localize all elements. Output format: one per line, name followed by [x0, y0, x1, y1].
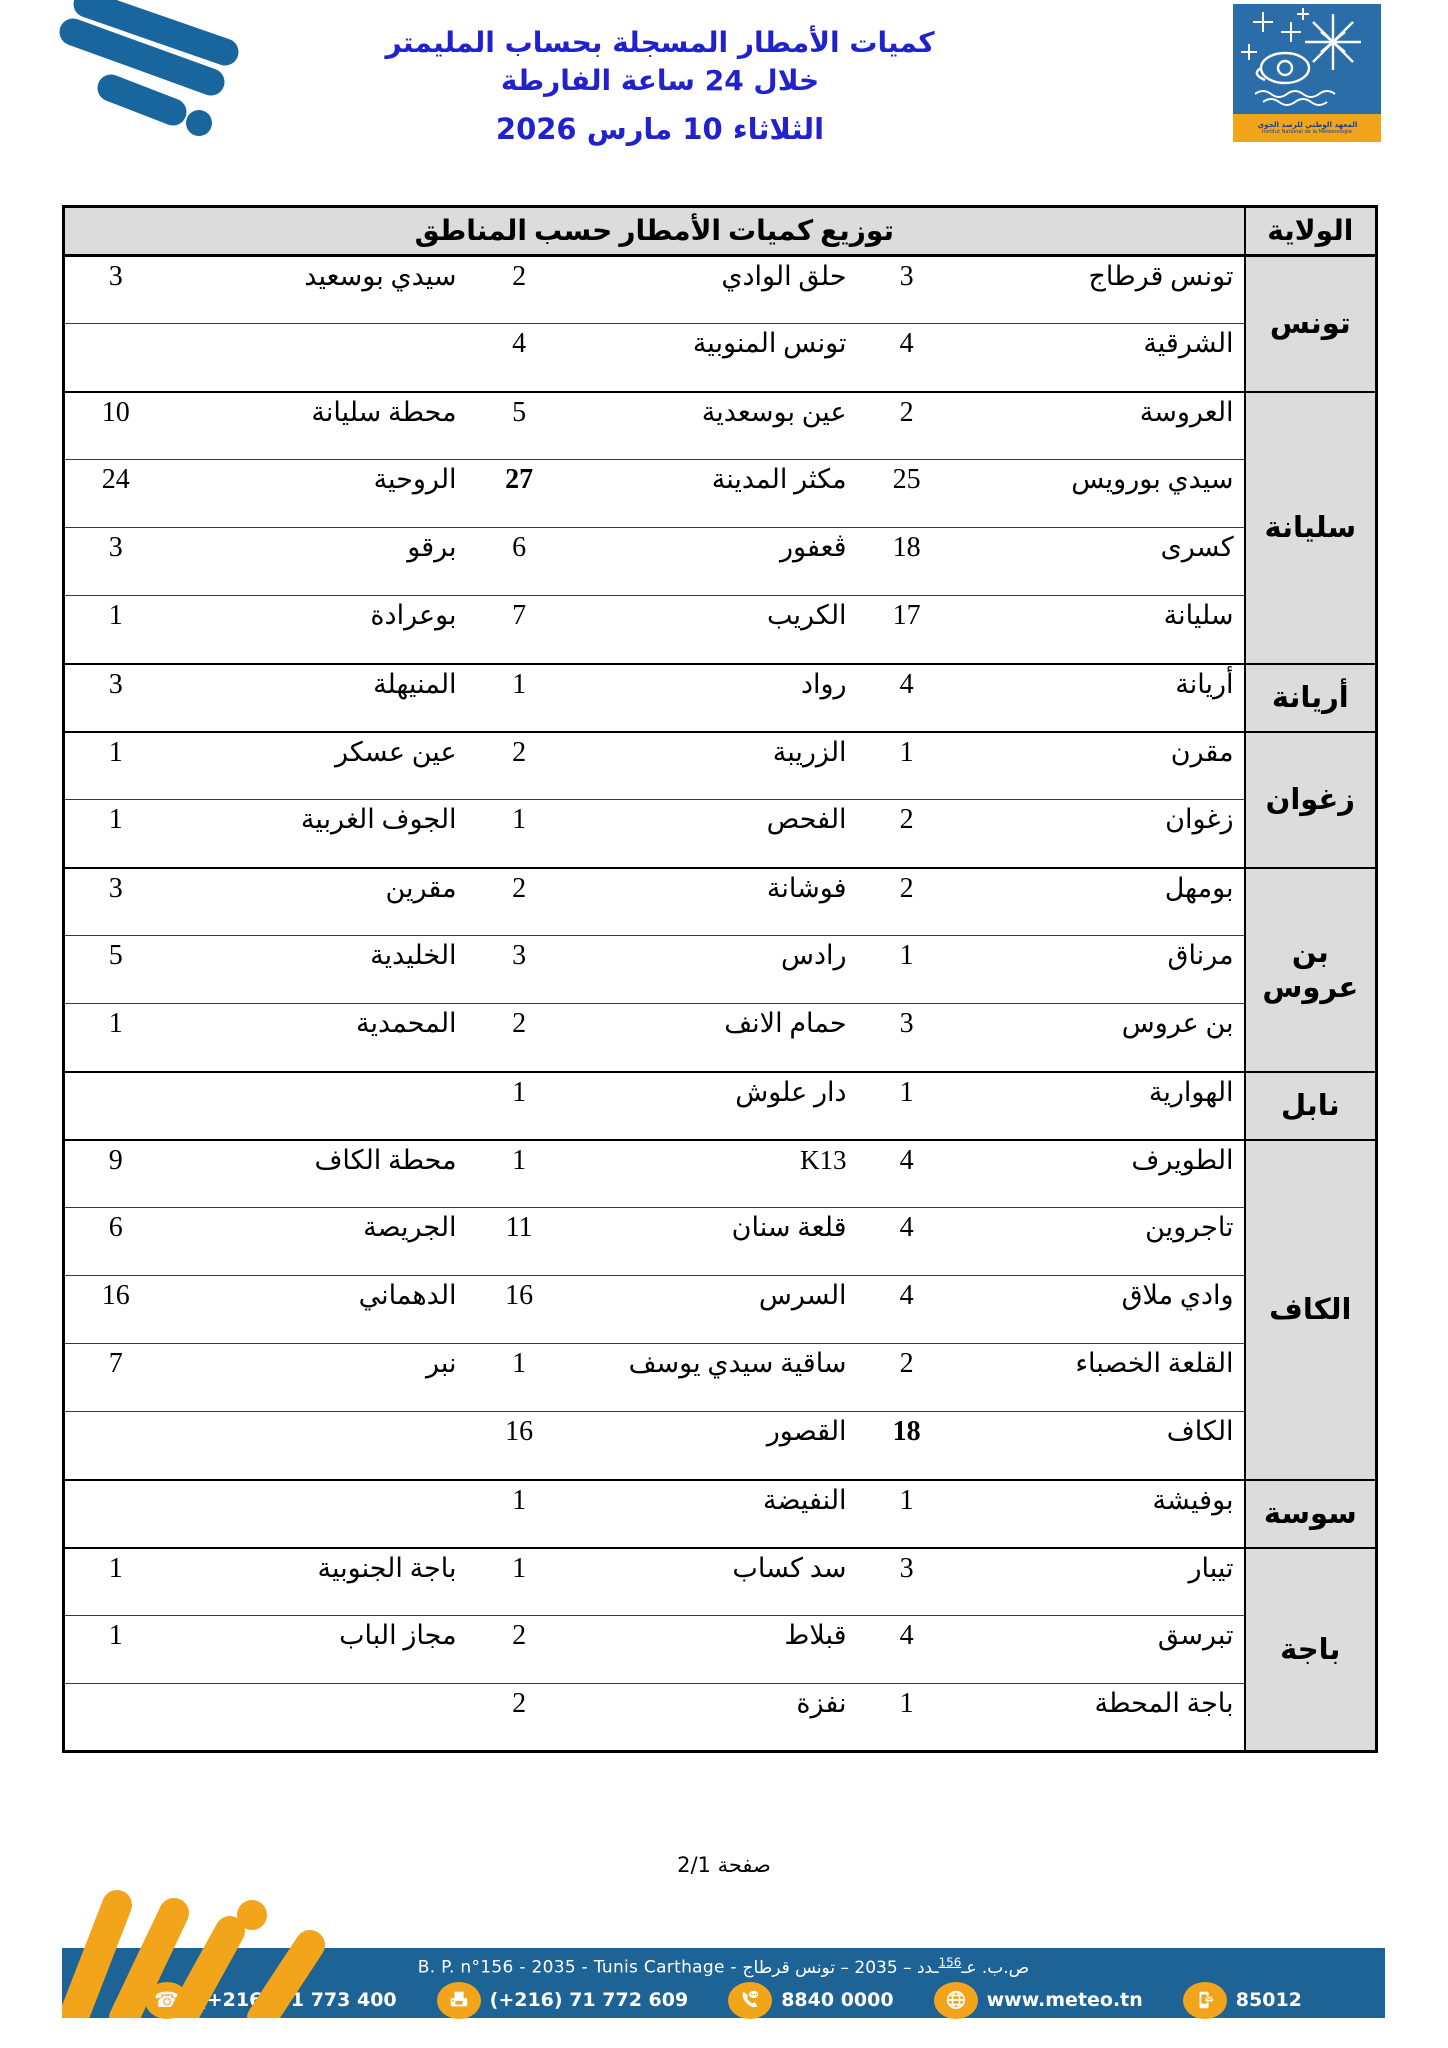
- contact-label: 8840 0000: [781, 1989, 893, 2011]
- table-row: القلعة الخصباء2ساقية سيدي يوسف1نبر7: [64, 1344, 1377, 1412]
- rainfall-value: 2: [467, 1684, 572, 1752]
- station-name: الطويرف: [957, 1140, 1245, 1208]
- station-name: الكريب: [572, 596, 857, 664]
- station-name: الهوارية: [957, 1072, 1245, 1140]
- inm-emblem: المعهد الوطني للرصد الجوي Institut Natio…: [1233, 4, 1381, 142]
- title-line-2: خلال 24 ساعة الفارطة: [360, 62, 960, 100]
- rainfall-value: 25: [857, 460, 957, 528]
- sun-star-icon: [1305, 14, 1361, 70]
- rainfall-value: 4: [857, 1208, 957, 1276]
- station-name: الدهماني: [167, 1276, 467, 1344]
- rainfall-value: 1: [467, 1344, 572, 1412]
- rainfall-value: 9: [64, 1140, 167, 1208]
- phone-icon: ☎: [154, 1990, 180, 2011]
- table-header-row: الولاية توزيع كميات الأمطار حسب المناطق: [64, 207, 1377, 256]
- rainfall-value: 1: [467, 800, 572, 868]
- report-title: كميات الأمطار المسجلة بحساب المليمتر خلا…: [360, 24, 960, 100]
- station-name: عين عسكر: [167, 732, 467, 800]
- station-name: الجوف الغربية: [167, 800, 467, 868]
- table-row: سليانة17الكريب7بوعرادة1: [64, 596, 1377, 664]
- station-name: أريانة: [957, 664, 1245, 732]
- station-name: قبلاط: [572, 1616, 857, 1684]
- rainfall-value: [64, 1480, 167, 1548]
- rainfall-value: 6: [64, 1208, 167, 1276]
- rainfall-value: 2: [857, 868, 957, 936]
- station-name: تيبار: [957, 1548, 1245, 1616]
- rainfall-value: 1: [857, 1684, 957, 1752]
- contact-label: www.meteo.tn: [987, 1989, 1143, 2011]
- rainfall-value: 1: [64, 800, 167, 868]
- report-date: الثلاثاء 10 مارس 2026: [360, 112, 960, 146]
- logo-dot-icon: [186, 110, 212, 136]
- table-row: سيدي بورويس25مكثر المدينة27الروحية24: [64, 460, 1377, 528]
- contact-item-sms: 85012: [1183, 1982, 1302, 2019]
- po-box-number: 156: [938, 1955, 961, 1969]
- station-name: السرس: [572, 1276, 857, 1344]
- rainfall-value: 3: [467, 936, 572, 1004]
- rainfall-value: 2: [467, 1004, 572, 1072]
- station-name: العروسة: [957, 392, 1245, 460]
- rainfall-value: 1: [467, 1140, 572, 1208]
- table-row: زغوان2الفحص1الجوف الغربية1: [64, 800, 1377, 868]
- station-name: القلعة الخصباء: [957, 1344, 1245, 1412]
- station-name: وادي ملاق: [957, 1276, 1245, 1344]
- station-name: باجة الجنوبية: [167, 1548, 467, 1616]
- table-row: الشرقية4تونس المنوبية4: [64, 324, 1377, 392]
- rainfall-value: [64, 1412, 167, 1480]
- rainfall-value: 1: [64, 1548, 167, 1616]
- station-name: [167, 324, 467, 392]
- rainfall-value: 5: [64, 936, 167, 1004]
- station-name: [167, 1072, 467, 1140]
- table-row: تاجروين4قلعة سنان11الجريصة6: [64, 1208, 1377, 1276]
- rainfall-value: 3: [64, 528, 167, 596]
- rainfall-value: 18: [857, 1412, 957, 1480]
- station-name: ساقية سيدي يوسف: [572, 1344, 857, 1412]
- station-name: سيدي بورويس: [957, 460, 1245, 528]
- rainfall-value: 3: [857, 1548, 957, 1616]
- station-name: سيدي بوسعيد: [167, 256, 467, 324]
- rainfall-value: 1: [467, 1548, 572, 1616]
- rainfall-value: 1: [64, 732, 167, 800]
- contact-label: (+216) 71 772 609: [490, 1989, 689, 2011]
- station-name: رواد: [572, 664, 857, 732]
- station-name: قلعة سنان: [572, 1208, 857, 1276]
- rainfall-value: 2: [467, 256, 572, 324]
- regions-header: توزيع كميات الأمطار حسب المناطق: [64, 207, 1245, 256]
- station-name: باجة المحطة: [957, 1684, 1245, 1752]
- contact-label: (+216) 71 773 400: [198, 1989, 397, 2011]
- rainfall-value: 16: [64, 1276, 167, 1344]
- station-name: المنيهلة: [167, 664, 467, 732]
- station-name: حلق الوادي: [572, 256, 857, 324]
- contact-row: ☎(+216) 71 773 400(+216) 71 772 6098840 …: [62, 1982, 1385, 2019]
- station-name: مقرن: [957, 732, 1245, 800]
- rainfall-value: 7: [64, 1344, 167, 1412]
- table-row: الكافالطويرف4K131محطة الكاف9: [64, 1140, 1377, 1208]
- station-name: بومهل: [957, 868, 1245, 936]
- station-name: نبر: [167, 1344, 467, 1412]
- rainfall-value: 2: [857, 1344, 957, 1412]
- globe-icon: [945, 1989, 967, 2011]
- call-icon-bubble: [728, 1982, 772, 2019]
- rainfall-value: 10: [64, 392, 167, 460]
- station-name: K13: [572, 1140, 857, 1208]
- governorate-cell: باجة: [1245, 1548, 1377, 1752]
- station-name: النفيضة: [572, 1480, 857, 1548]
- station-name: تبرسق: [957, 1616, 1245, 1684]
- station-name: محطة الكاف: [167, 1140, 467, 1208]
- rainfall-value: 18: [857, 528, 957, 596]
- contact-item-globe: www.meteo.tn: [934, 1982, 1143, 2019]
- rainfall-value: 1: [64, 596, 167, 664]
- station-name: المحمدية: [167, 1004, 467, 1072]
- station-name: الروحية: [167, 460, 467, 528]
- rainfall-value: 4: [857, 324, 957, 392]
- rainfall-value: 24: [64, 460, 167, 528]
- station-name: تونس المنوبية: [572, 324, 857, 392]
- station-name: بوعرادة: [167, 596, 467, 664]
- governorate-cell: الكاف: [1245, 1140, 1377, 1480]
- table-row: كسرى18ڨعفور6برقو3: [64, 528, 1377, 596]
- rainfall-value: 1: [64, 1616, 167, 1684]
- rainfall-value: 4: [857, 1276, 957, 1344]
- station-name: سليانة: [957, 596, 1245, 664]
- phone-icon-bubble: ☎: [145, 1982, 189, 2019]
- rainfall-value: [64, 1072, 167, 1140]
- fax-icon: [448, 1989, 470, 2011]
- inm-caption-french: Institut National de la Météorologie: [1262, 130, 1352, 135]
- rainfall-value: 11: [467, 1208, 572, 1276]
- station-name: الفحص: [572, 800, 857, 868]
- call-center-icon: [739, 1989, 761, 2011]
- governorate-cell: أريانة: [1245, 664, 1377, 732]
- table-row: باجة المحطة1نفزة2: [64, 1684, 1377, 1752]
- decor-dot-icon: [237, 1900, 267, 1930]
- station-name: الجريصة: [167, 1208, 467, 1276]
- table-row: سوسةبوفيشة1النفيضة1: [64, 1480, 1377, 1548]
- table-row: مرناق1رادس3الخليدية5: [64, 936, 1377, 1004]
- contact-label: 85012: [1236, 1989, 1302, 2011]
- address-line: B. P. n°156 - 2035 - Tunis Carthage - ص.…: [62, 1948, 1385, 1978]
- station-name: كسرى: [957, 528, 1245, 596]
- inm-diagonal-logo: [55, 0, 325, 140]
- table-row: الكاف18القصور16: [64, 1412, 1377, 1480]
- rainfall-value: 1: [857, 1072, 957, 1140]
- rainfall-value: 1: [857, 732, 957, 800]
- rainfall-value: 2: [857, 800, 957, 868]
- rainfall-table: الولاية توزيع كميات الأمطار حسب المناطق …: [62, 205, 1378, 1753]
- rainfall-table-body: تونستونس قرطاج3حلق الوادي2سيدي بوسعيد3ال…: [64, 256, 1377, 1752]
- rainfall-value: 2: [857, 392, 957, 460]
- station-name: دار علوش: [572, 1072, 857, 1140]
- station-name: الزريبة: [572, 732, 857, 800]
- fax-icon-bubble: [437, 1982, 481, 2019]
- station-name: فوشانة: [572, 868, 857, 936]
- rainfall-value: 4: [857, 1616, 957, 1684]
- inm-caption-strip: المعهد الوطني للرصد الجوي Institut Natio…: [1233, 114, 1381, 142]
- contact-item-call: 8840 0000: [728, 1982, 893, 2019]
- station-name: حمام الانف: [572, 1004, 857, 1072]
- table-row: بن عروس3حمام الانف2المحمدية1: [64, 1004, 1377, 1072]
- rainfall-value: 6: [467, 528, 572, 596]
- station-name: زغوان: [957, 800, 1245, 868]
- rainfall-value: 5: [467, 392, 572, 460]
- station-name: الشرقية: [957, 324, 1245, 392]
- rainfall-value: 2: [467, 868, 572, 936]
- rainfall-value: 16: [467, 1276, 572, 1344]
- station-name: مجاز الباب: [167, 1616, 467, 1684]
- rainfall-value: 16: [467, 1412, 572, 1480]
- station-name: [167, 1684, 467, 1752]
- rainfall-value: 1: [467, 1072, 572, 1140]
- table-row: أريانةأريانة4رواد1المنيهلة3: [64, 664, 1377, 732]
- station-name: القصور: [572, 1412, 857, 1480]
- sms-icon: [1194, 1989, 1216, 2011]
- station-name: محطة سليانة: [167, 392, 467, 460]
- rainfall-value: [64, 324, 167, 392]
- governorate-cell: بن عروس: [1245, 868, 1377, 1072]
- title-line-1: كميات الأمطار المسجلة بحساب المليمتر: [360, 24, 960, 62]
- rainfall-value: 17: [857, 596, 957, 664]
- rainfall-value: 1: [467, 664, 572, 732]
- table-row: تبرسق4قبلاط2مجاز الباب1: [64, 1616, 1377, 1684]
- rainfall-value: 3: [64, 868, 167, 936]
- station-name: تونس قرطاج: [957, 256, 1245, 324]
- station-name: نفزة: [572, 1684, 857, 1752]
- station-name: الكاف: [957, 1412, 1245, 1480]
- station-name: [167, 1412, 467, 1480]
- station-name: تاجروين: [957, 1208, 1245, 1276]
- rainfall-value: 1: [467, 1480, 572, 1548]
- station-name: الخليدية: [167, 936, 467, 1004]
- contact-item-fax: (+216) 71 772 609: [437, 1982, 689, 2019]
- inm-caption-arabic: المعهد الوطني للرصد الجوي: [1257, 121, 1357, 129]
- rainfall-value: 1: [857, 1480, 957, 1548]
- governorate-cell: سليانة: [1245, 392, 1377, 664]
- rainfall-value: 2: [467, 732, 572, 800]
- address-french: B. P. n°156 - 2035 - Tunis Carthage -: [418, 1958, 743, 1978]
- weather-emblem-icon: [1233, 4, 1381, 114]
- table-row: باجةتيبار3سد كساب1باجة الجنوبية1: [64, 1548, 1377, 1616]
- rainfall-value: 3: [857, 256, 957, 324]
- globe-icon-bubble: [934, 1982, 978, 2019]
- footer-contact-band: B. P. n°156 - 2035 - Tunis Carthage - ص.…: [62, 1948, 1385, 2018]
- station-name: مكثر المدينة: [572, 460, 857, 528]
- rainfall-value: 3: [64, 664, 167, 732]
- rainfall-value: 27: [467, 460, 572, 528]
- station-name: عين بوسعدية: [572, 392, 857, 460]
- governorate-header: الولاية: [1245, 207, 1377, 256]
- station-name: مرناق: [957, 936, 1245, 1004]
- sms-icon-bubble: [1183, 1982, 1227, 2019]
- table-row: وادي ملاق4السرس16الدهماني16: [64, 1276, 1377, 1344]
- table-row: زغوانمقرن1الزريبة2عين عسكر1: [64, 732, 1377, 800]
- governorate-cell: نابل: [1245, 1072, 1377, 1140]
- rainfall-value: 4: [467, 324, 572, 392]
- rainfall-value: [64, 1684, 167, 1752]
- rainfall-value: 2: [467, 1616, 572, 1684]
- rainfall-value: 3: [64, 256, 167, 324]
- rainfall-value: 1: [857, 936, 957, 1004]
- station-name: رادس: [572, 936, 857, 1004]
- governorate-cell: زغوان: [1245, 732, 1377, 868]
- station-name: سد كساب: [572, 1548, 857, 1616]
- governorate-cell: تونس: [1245, 256, 1377, 392]
- address-arabic: ص.ب. عـ156ـدد – 2035 – تونس قرطاج: [743, 1958, 1030, 1978]
- station-name: مقرين: [167, 868, 467, 936]
- rainfall-value: 1: [64, 1004, 167, 1072]
- governorate-cell: سوسة: [1245, 1480, 1377, 1548]
- station-name: برقو: [167, 528, 467, 596]
- table-row: تونستونس قرطاج3حلق الوادي2سيدي بوسعيد3: [64, 256, 1377, 324]
- table-row: نابلالهوارية1دار علوش1: [64, 1072, 1377, 1140]
- station-name: [167, 1480, 467, 1548]
- page-number: صفحة 2/1: [0, 1853, 1448, 1877]
- station-name: بوفيشة: [957, 1480, 1245, 1548]
- rainfall-value: 4: [857, 1140, 957, 1208]
- station-name: ڨعفور: [572, 528, 857, 596]
- table-row: سليانةالعروسة2عين بوسعدية5محطة سليانة10: [64, 392, 1377, 460]
- rainfall-value: 4: [857, 664, 957, 732]
- contact-item-phone: ☎(+216) 71 773 400: [145, 1982, 397, 2019]
- diagonal-strokes-icon: [55, 0, 325, 140]
- station-name: بن عروس: [957, 1004, 1245, 1072]
- rainfall-value: 3: [857, 1004, 957, 1072]
- rainfall-value: 7: [467, 596, 572, 664]
- table-row: بن عروسبومهل2فوشانة2مقرين3: [64, 868, 1377, 936]
